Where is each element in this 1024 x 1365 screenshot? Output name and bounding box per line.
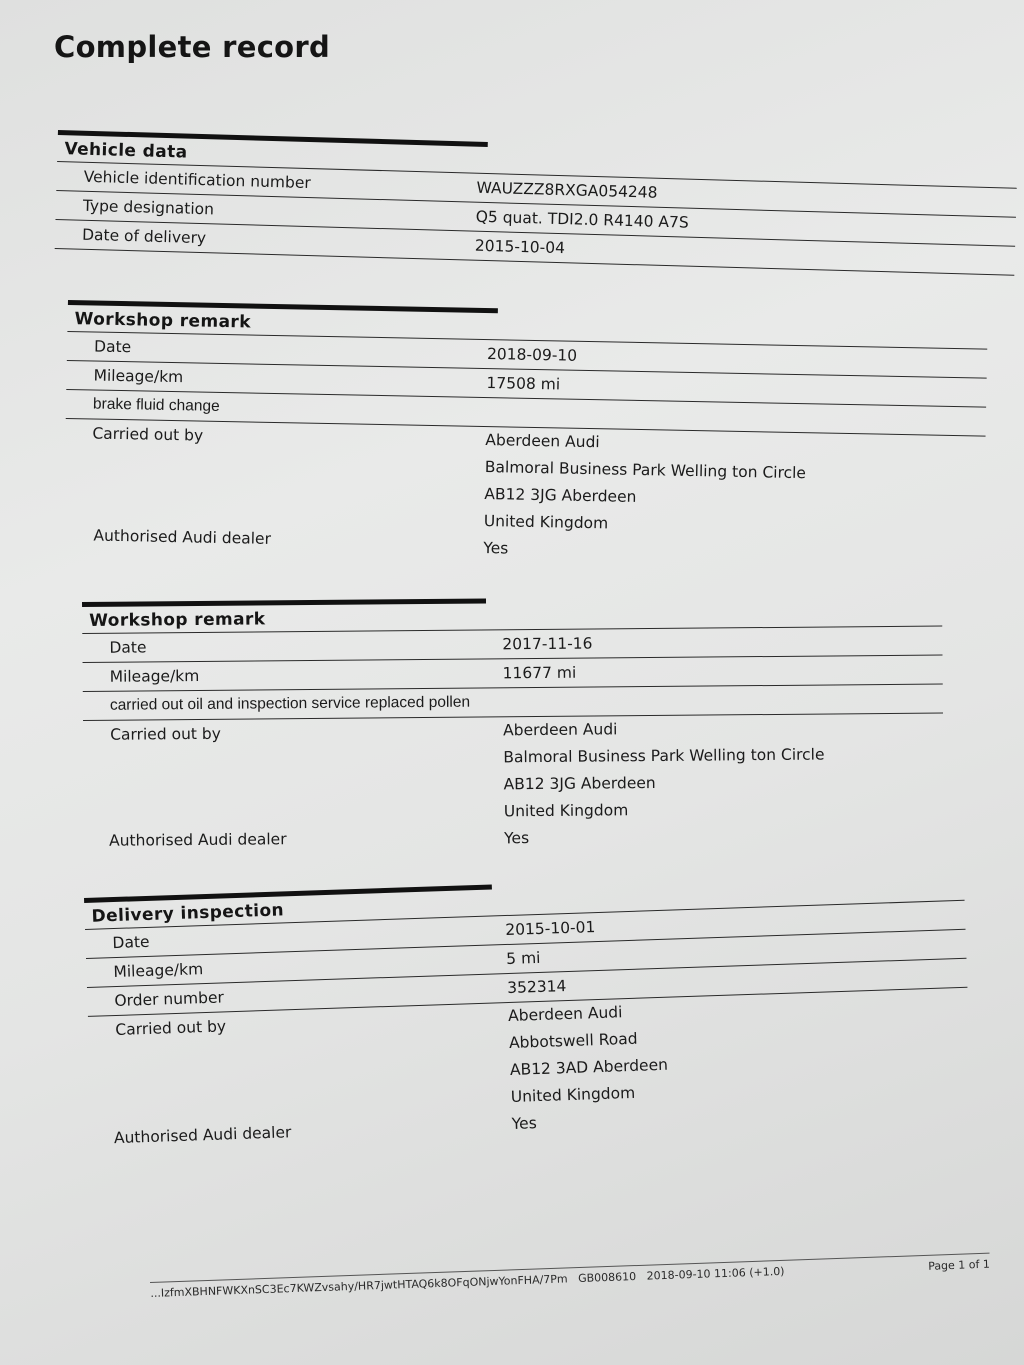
- document-footer: ...IzfmXBHNFWKXnSC3Ec7KWZvsahy/HR7jwtHTA…: [150, 1253, 990, 1300]
- service-record-page: Complete record Vehicle data Vehicle ide…: [0, 0, 1024, 1365]
- footer-code: ...IzfmXBHNFWKXnSC3Ec7KWZvsahy/HR7jwtHTA…: [150, 1272, 568, 1300]
- footer-dealer-code: GB008610: [578, 1270, 636, 1285]
- address-line: Aberdeen Audi: [503, 713, 943, 744]
- date-value: 2017-11-16: [502, 626, 942, 658]
- page-number: Page 1 of 1: [928, 1258, 990, 1273]
- mileage-value: 11677 mi: [503, 655, 943, 687]
- address-line: AB12 3JG Aberdeen: [503, 767, 943, 798]
- footer-timestamp: 2018-09-10 11:06 (+1.0): [646, 1265, 784, 1283]
- document-title: Complete record: [54, 30, 330, 64]
- workshop-remark-section-1: Workshop remark Date 2018-09-10 Mileage/…: [63, 300, 988, 590]
- date-label: Date: [82, 630, 502, 662]
- address-line: United Kingdom: [504, 794, 944, 825]
- delivery-inspection-section: Delivery inspection Date 2015-10-01 Mile…: [84, 869, 973, 1170]
- carried-out-by-label: Carried out by: [83, 717, 503, 749]
- workshop-remark-section-2: Workshop remark Date 2017-11-16 Mileage/…: [82, 594, 944, 873]
- mileage-label: Mileage/km: [83, 659, 503, 691]
- vehicle-data-section: Vehicle data Vehicle identification numb…: [55, 130, 1018, 276]
- address-line: Balmoral Business Park Welling ton Circl…: [503, 740, 943, 771]
